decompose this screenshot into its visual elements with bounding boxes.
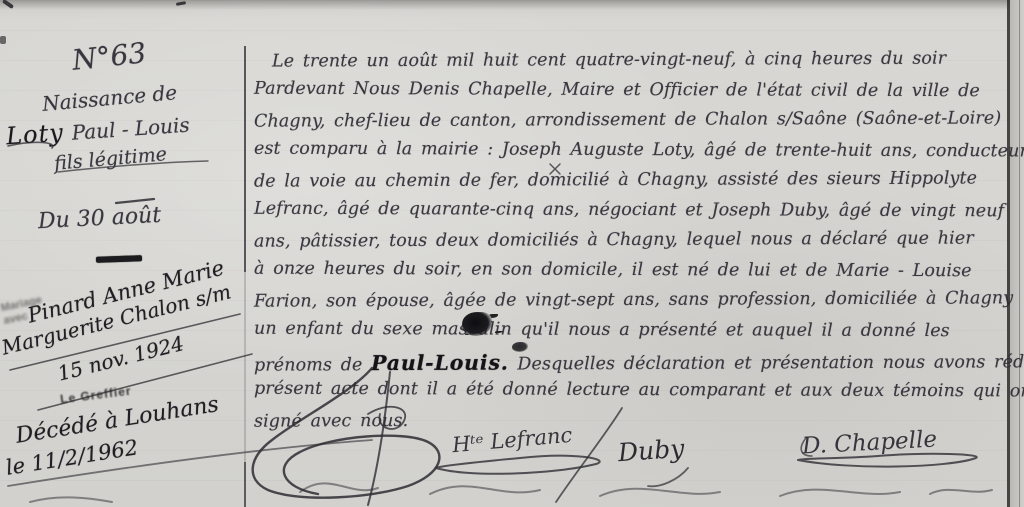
act-line: Pardevant Nous Denis Chapelle, Maire et …	[254, 79, 1006, 112]
corner-ink-smudge	[2, 0, 14, 9]
page-binding-inner-line	[1019, 0, 1020, 507]
act-line: de la voie au chemin de fer, domicilié à…	[254, 168, 1006, 201]
signature-duby: Duby	[617, 434, 685, 468]
margin-rule-middle	[244, 272, 246, 462]
margin-rule-bottom	[244, 462, 246, 507]
child-name-bold: Paul-Louis.	[371, 351, 509, 376]
signature-duby-flourish	[648, 468, 688, 486]
registry-stamp-dark: Le Greffier	[59, 384, 132, 407]
margin-title-line3: fils légitime	[53, 143, 168, 175]
edge-ink-smudge	[0, 36, 6, 44]
act-line: Farion, son épouse, âgée de vingt-sept a…	[254, 288, 1006, 321]
act-line-child-name: prénoms de Paul-Louis. Desquelles déclar…	[254, 348, 1006, 381]
act-line: un enfant du sexe masculin qu'il nous a …	[254, 319, 1006, 352]
scanned-register-page: N°63 Naissance de LotyPaul - Louis fils …	[0, 0, 1024, 507]
act-line-pre: prénoms de	[254, 355, 363, 375]
family-name: Loty	[5, 118, 64, 150]
act-number: N°63	[70, 36, 147, 77]
top-ink-smudge	[176, 1, 186, 6]
margin-thick-dash	[96, 255, 142, 263]
act-line: Le trente un août mil huit cent quatre-v…	[254, 48, 1006, 81]
signature-chapelle: D. Chapelle	[801, 426, 937, 459]
page-binding-strip	[1010, 0, 1024, 507]
act-line: ans, pâtissier, tous deux domiciliés à C…	[254, 228, 1006, 261]
birth-act-text: Le trente un août mil huit cent quatre-v…	[254, 50, 1006, 440]
next-act-partial-strokes	[30, 483, 992, 502]
act-line: présent acte dont il a été donné lecture…	[254, 379, 1006, 412]
given-names: Paul - Louis	[71, 113, 190, 145]
act-line: est comparu à la mairie : Joseph Auguste…	[254, 139, 1006, 172]
margin-title-line1: Naissance de	[41, 80, 178, 116]
act-line: Chagny, chef-lieu de canton, arrondissem…	[254, 108, 1006, 141]
act-line: Lefranc, âgé de quarante-cinq ans, négoc…	[254, 199, 1006, 232]
margin-date: Du 30 août	[37, 203, 161, 234]
act-line-post: Desquelles déclaration et présentation n…	[517, 352, 1024, 374]
margin-rule-top	[244, 46, 246, 272]
act-line: à onze heures du soir, en son domicile, …	[254, 259, 1006, 292]
